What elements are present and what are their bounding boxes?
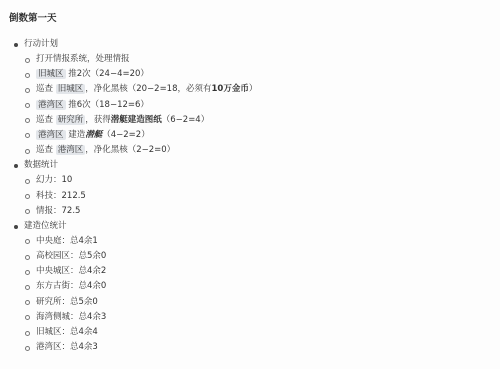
item-text: 中央城区：总4余2 [36,266,106,276]
outline-list: 行动计划打开情报系统，处理情报旧城区 推2次（24−4=20）巡查 旧城区，净化… [12,37,257,355]
item-text: ，净化黑核（20−2=18，必须有 [85,84,211,94]
list-item: 巡查 港湾区，净化黑核（2−2=0） [24,143,257,158]
location-tag: 旧城区 [36,69,66,79]
item-text: 建造 [66,130,86,140]
sub-list: 幻力：10科技：212.5情报：72.5 [24,173,257,219]
list-item: 高校园区：总5余0 [24,249,257,264]
list-item: 海湾侧城：总4余3 [24,310,257,325]
list-item: 幻力：10 [24,173,257,188]
location-tag: 旧城区 [56,84,86,94]
item-text: 旧城区：总4余4 [36,327,98,337]
item-text: ，获得 [85,115,111,125]
item-text: ） [249,84,258,94]
page-title: 倒数第一天 [9,10,57,24]
item-text: 海湾侧城：总4余3 [36,312,106,322]
sub-list: 打开情报系统，处理情报旧城区 推2次（24−4=20）巡查 旧城区，净化黑核（2… [24,52,257,158]
item-text: 研究所：总5余0 [36,297,98,307]
item-text: 科技：212.5 [36,191,86,201]
list-item: 旧城区：总4余4 [24,325,257,340]
list-item: 港湾区：总4余3 [24,340,257,355]
list-item: 打开情报系统，处理情报 [24,52,257,67]
item-text: 推6次（18−12=6） [66,100,149,110]
item-text: 巡查 [36,145,56,155]
item-text: 东方古街：总4余0 [36,281,106,291]
item-text: （6−2=4） [162,115,209,125]
item-text: 巡查 [36,115,56,125]
location-tag: 港湾区 [36,130,66,140]
list-item: 科技：212.5 [24,189,257,204]
list-item: 港湾区 建造潜艇（4−2=2） [24,128,257,143]
list-item: 中央城区：总4余2 [24,264,257,279]
section-action-plan: 行动计划打开情报系统，处理情报旧城区 推2次（24−4=20）巡查 旧城区，净化… [12,37,257,158]
section-heading: 建造位统计 [24,219,257,234]
list-item: 港湾区 推6次（18−12=6） [24,98,257,113]
item-text: 情报：72.5 [36,206,80,216]
item-text: 高校园区：总5余0 [36,251,106,261]
bold-text: 10万金币 [212,84,249,94]
sub-list: 中央庭：总4余1高校园区：总5余0中央城区：总4余2东方古街：总4余0研究所：总… [24,234,257,356]
location-tag: 港湾区 [36,100,66,110]
bold-text: 潜艇建造图纸 [111,115,162,125]
section-heading: 行动计划 [24,37,257,52]
list-item: 巡查 旧城区，净化黑核（20−2=18，必须有10万金币） [24,82,257,97]
item-text: 推2次（24−4=20） [66,69,149,79]
item-text: 幻力：10 [36,175,72,185]
section-heading: 数据统计 [24,158,257,173]
item-text: 港湾区：总4余3 [36,342,98,352]
item-text: ，净化黑核（2−2=0） [85,145,175,155]
item-text: 打开情报系统，处理情报 [36,54,130,64]
list-item: 研究所：总5余0 [24,295,257,310]
list-item: 中央庭：总4余1 [24,234,257,249]
location-tag: 港湾区 [56,145,86,155]
location-tag: 研究所 [56,115,86,125]
item-text: 巡查 [36,84,56,94]
list-item: 情报：72.5 [24,204,257,219]
emphasis-text: 潜艇 [85,130,102,140]
list-item: 巡查 研究所，获得潜艇建造图纸（6−2=4） [24,113,257,128]
item-text: 中央庭：总4余1 [36,236,98,246]
list-item: 东方古街：总4余0 [24,279,257,294]
section-build-slot-stats: 建造位统计中央庭：总4余1高校园区：总5余0中央城区：总4余2东方古街：总4余0… [12,219,257,356]
list-item: 旧城区 推2次（24−4=20） [24,67,257,82]
section-data-stats: 数据统计幻力：10科技：212.5情报：72.5 [12,158,257,219]
document-page: 倒数第一天 行动计划打开情报系统，处理情报旧城区 推2次（24−4=20）巡查 … [0,0,500,369]
item-text: （4−2=2） [102,130,149,140]
